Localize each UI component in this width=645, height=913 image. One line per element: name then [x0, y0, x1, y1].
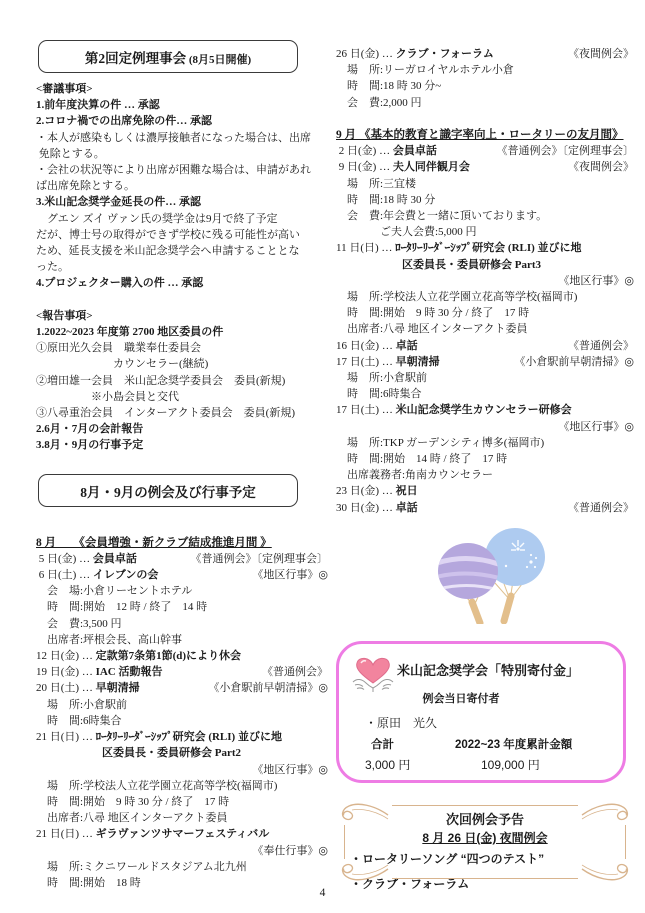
- text-line: 《地区行事》◎: [336, 419, 634, 435]
- text-line: だが、博士号の取得ができず学校に残る可能性が高い: [36, 227, 328, 243]
- text-line: 3.米山記念奨学金延長の件… 承認: [36, 194, 328, 210]
- text-line: 時 間:6時集合: [336, 386, 634, 402]
- event-line: 17 日(土) … 米山記念奨学生カウンセラー研修会: [336, 402, 634, 418]
- event-line: 9 日(金) … 夫人同伴観月会《夜間例会》: [336, 159, 634, 175]
- text-line: ②増田雄一会員 米山記念奨学委員会 委員(新規): [36, 373, 328, 389]
- event-title: 卓話: [396, 502, 418, 514]
- corner-flourish-icon: [338, 799, 390, 823]
- next-meeting-box: 次回例会予告 8 月 26 日(金) 夜間例会 ・ロータリーソング “四つのテス…: [336, 797, 634, 887]
- uchiwa-fans-illustration: [418, 522, 634, 627]
- minutes-lines: <審議事項>1.前年度決算の件 … 承認2.コロナ禍での出席免除の件… 承認・本…: [36, 81, 328, 454]
- text-line: 区委員長・委員研修会 Part3: [336, 257, 634, 273]
- text-line: ③八尋重治会員 インターアクト委員会 委員(新規): [36, 405, 328, 421]
- page-number: 4: [0, 887, 645, 899]
- event-tag: 《普通例会》: [262, 664, 328, 680]
- donation-ytd-value: 109,000 円: [481, 756, 540, 773]
- text-line: 免除とする。: [36, 146, 328, 162]
- event-title: ﾛｰﾀﾘｰﾘｰﾀﾞｰｼｯﾌﾟ研究会 (RLI) 並びに地: [395, 242, 581, 254]
- text-line: 時 間:18 時 30 分~: [336, 78, 634, 94]
- event-line: 20 日(土) … 早朝清掃《小倉駅前早朝清掃》◎: [36, 680, 328, 696]
- event-date: 21 日(日) …: [36, 731, 96, 743]
- text-line: 区委員長・委員研修会 Part2: [36, 745, 328, 761]
- text-line: [36, 292, 328, 308]
- event-date: 23 日(金) …: [336, 485, 396, 497]
- event-date: 16 日(金) …: [336, 340, 396, 352]
- event-main: 2 日(金) … 会員卓話: [336, 143, 437, 159]
- event-title: ﾛｰﾀﾘｰﾘｰﾀﾞｰｼｯﾌﾟ研究会 (RLI) 並びに地: [96, 731, 282, 743]
- event-line: 26 日(金) … クラブ・フォーラム《夜間例会》: [336, 46, 634, 62]
- uchiwa-fans-icon: [418, 522, 568, 624]
- corner-flourish-icon: [580, 861, 632, 885]
- text-line: 場 所:小倉駅前: [336, 370, 634, 386]
- event-line: 12 日(金) … 定款第7条第1節(d)により休会: [36, 648, 328, 664]
- frame-line: [392, 878, 578, 879]
- event-title: イレブンの会: [93, 569, 159, 581]
- event-date: 12 日(金) …: [36, 650, 96, 662]
- frame-line: [625, 825, 626, 859]
- board-meeting-title-box: 第2回定例理事会 (8月5日開催): [38, 40, 298, 73]
- text-line: 時 間:開始 9 時 30 分 / 終了 17 時: [36, 794, 328, 810]
- text-line: ため、延長支援を米山記念奨学会へ申請することとな: [36, 243, 328, 259]
- text-line: 時 間:18 時 30 分: [336, 192, 634, 208]
- event-tag: 《夜間例会》: [568, 159, 634, 175]
- text-line: 場 所:小倉駅前: [36, 697, 328, 713]
- text-line: 時 間:開始 14 時 / 終了 17 時: [336, 451, 634, 467]
- event-main: 30 日(金) … 卓話: [336, 500, 418, 516]
- event-title: 早朝清掃: [96, 682, 140, 694]
- text-line: 時 間:6時集合: [36, 713, 328, 729]
- event-line: 11 日(日) … ﾛｰﾀﾘｰﾘｰﾀﾞｰｼｯﾌﾟ研究会 (RLI) 並びに地: [336, 240, 634, 256]
- event-tag: 《普通例会》: [568, 338, 634, 354]
- text-line: 会 費:3,500 円: [36, 616, 328, 632]
- text-line: カウンセラー(継続): [36, 356, 328, 372]
- event-main: 20 日(土) … 早朝清掃: [36, 680, 140, 696]
- text-line: 《地区行事》◎: [336, 273, 634, 289]
- right-column: 26 日(金) … クラブ・フォーラム《夜間例会》 場 所:リーガロイヤルホテル…: [336, 46, 634, 887]
- newsletter-page: 第2回定例理事会 (8月5日開催) <審議事項>1.前年度決算の件 … 承認2.…: [0, 0, 645, 913]
- event-tag: 《普通例会》〔定例理事会〕: [497, 143, 635, 159]
- donation-subtitle: 例会当日寄付者: [339, 690, 583, 706]
- event-title: ギラヴァンツサマーフェスティバル: [96, 828, 270, 840]
- text-line: 会 費:2,000 円: [336, 95, 634, 111]
- event-tag: 《普通例会》: [568, 500, 634, 516]
- text-line: ①原田光久会員 職業奉仕委員会: [36, 340, 328, 356]
- event-tag: 《地区行事》◎: [252, 567, 328, 583]
- event-date: 20 日(土) …: [36, 682, 96, 694]
- text-line: 出席義務者:角南カウンセラー: [336, 467, 634, 483]
- event-date: 6 日(土) …: [36, 569, 93, 581]
- event-title: 夫人同伴観月会: [393, 161, 470, 173]
- event-tag: 《夜間例会》: [568, 46, 634, 62]
- event-main: 17 日(土) … 米山記念奨学生カウンセラー研修会: [336, 402, 572, 418]
- event-date: 21 日(日) …: [36, 828, 96, 840]
- text-line: グエン ズイ ヴァン氏の奨学金は9月で終了予定: [36, 211, 328, 227]
- event-line: 21 日(日) … ﾛｰﾀﾘｰﾘｰﾀﾞｰｼｯﾌﾟ研究会 (RLI) 並びに地: [36, 729, 328, 745]
- event-date: 5 日(金) …: [36, 553, 93, 565]
- donation-ytd-label: 2022~23 年度累計金額: [455, 736, 572, 752]
- september-schedule-lines: 26 日(金) … クラブ・フォーラム《夜間例会》 場 所:リーガロイヤルホテル…: [336, 46, 634, 516]
- donation-total-label: 合計: [371, 736, 394, 752]
- left-column: 第2回定例理事会 (8月5日開催) <審議事項>1.前年度決算の件 … 承認2.…: [36, 40, 328, 891]
- event-line: 21 日(日) … ギラヴァンツサマーフェスティバル: [36, 826, 328, 842]
- text-line: 場 所:TKP ガーデンシティ博多(福岡市): [336, 435, 634, 451]
- event-line: 17 日(土) … 早朝清掃《小倉駅前早朝清掃》◎: [336, 354, 634, 370]
- event-line: 6 日(土) … イレブンの会《地区行事》◎: [36, 567, 328, 583]
- text-line: 出席者:八尋 地区インターアクト委員: [336, 321, 634, 337]
- event-main: 11 日(日) … ﾛｰﾀﾘｰﾘｰﾀﾞｰｼｯﾌﾟ研究会 (RLI) 並びに地: [336, 240, 582, 256]
- donation-box: 米山記念奨学会「特別寄付金」 例会当日寄付者 ・原田 光久 合計 2022~23…: [336, 641, 626, 783]
- text-line: <審議事項>: [36, 81, 328, 97]
- text-line: 場 所:リーガロイヤルホテル小倉: [336, 62, 634, 78]
- frame-line: [392, 805, 578, 806]
- text-line: 場 所:学校法人立花学園立花高等学校(福岡市): [36, 778, 328, 794]
- event-line: 2 日(金) … 会員卓話《普通例会》〔定例理事会〕: [336, 143, 634, 159]
- text-line: 出席者:坪根会長、高山幹事: [36, 632, 328, 648]
- event-title: 卓話: [396, 340, 418, 352]
- event-main: 5 日(金) … 会員卓話: [36, 551, 137, 567]
- event-main: 21 日(日) … ギラヴァンツサマーフェスティバル: [36, 826, 269, 842]
- event-date: 2 日(金) …: [336, 145, 393, 157]
- text-line: 《地区行事》◎: [36, 762, 328, 778]
- text-line: 場 所:ミクニワールドスタジアム北九州: [36, 859, 328, 875]
- text-line: ・会社の状況等により出席が困難な場合は、申請があれ: [36, 162, 328, 178]
- text-line: 8 月 《会員増強・新クラブ結成推進月間 》: [36, 535, 328, 551]
- event-title: 会員卓話: [393, 145, 437, 157]
- donation-donor-name: ・原田 光久: [365, 714, 437, 731]
- event-date: 26 日(金) …: [336, 48, 396, 60]
- board-meeting-title-note: (8月5日開催): [186, 54, 251, 66]
- text-line: 場 所:学校法人立花学園立花高等学校(福岡市): [336, 289, 634, 305]
- text-line: 時 間:開始 12 時 / 終了 14 時: [36, 599, 328, 615]
- text-line: 出席者:八尋 地区インターアクト委員: [36, 810, 328, 826]
- text-line: 9 月 《基本的教育と識字率向上・ロータリーの友月間》: [336, 127, 634, 143]
- corner-flourish-icon: [338, 861, 390, 885]
- event-main: 12 日(金) … 定款第7条第1節(d)により休会: [36, 648, 241, 664]
- donation-total-value: 3,000 円: [365, 756, 410, 773]
- schedule-title: 8月・9月の例会及び行事予定: [80, 485, 256, 500]
- event-main: 9 日(金) … 夫人同伴観月会: [336, 159, 470, 175]
- text-line: 《奉仕行事》◎: [36, 843, 328, 859]
- event-date: 30 日(金) …: [336, 502, 396, 514]
- event-title: 定款第7条第1節(d)により休会: [96, 650, 241, 662]
- schedule-title-box: 8月・9月の例会及び行事予定: [38, 474, 298, 507]
- event-tag: 《小倉駅前早朝清掃》◎: [514, 354, 634, 370]
- event-title: クラブ・フォーラム: [396, 48, 494, 60]
- august-schedule-lines: 8 月 《会員増強・新クラブ結成推進月間 》 5 日(金) … 会員卓話《普通例…: [36, 535, 328, 891]
- text-line: 2.6月・7月の会計報告: [36, 421, 328, 437]
- text-line: 4.プロジェクター購入の件 … 承認: [36, 275, 328, 291]
- event-title: 祝日: [396, 485, 418, 497]
- event-line: 23 日(金) … 祝日: [336, 483, 634, 499]
- event-date: 19 日(金) …: [36, 666, 96, 678]
- text-line: ば出席免除とする。: [36, 178, 328, 194]
- event-title: 早朝清掃: [396, 356, 440, 368]
- event-main: 23 日(金) … 祝日: [336, 483, 418, 499]
- text-line: 時 間:開始 9 時 30 分 / 終了 17 時: [336, 305, 634, 321]
- event-main: 17 日(土) … 早朝清掃: [336, 354, 440, 370]
- event-line: 30 日(金) … 卓話《普通例会》: [336, 500, 634, 516]
- event-date: 11 日(日) …: [336, 242, 395, 254]
- event-line: 19 日(金) … IAC 活動報告《普通例会》: [36, 664, 328, 680]
- text-line: ・本人が感染もしくは濃厚接触者になった場合は、出席: [36, 130, 328, 146]
- event-date: 17 日(土) …: [336, 404, 396, 416]
- next-meeting-date: 8 月 26 日(金) 夜間例会: [336, 829, 634, 846]
- donation-title: 米山記念奨学会「特別寄付金」: [397, 660, 579, 679]
- text-line: 場 所:三宜楼: [336, 176, 634, 192]
- text-line: 1.2022~2023 年度第 2700 地区委員の件: [36, 324, 328, 340]
- event-tag: 《小倉駅前早朝清掃》◎: [208, 680, 328, 696]
- board-meeting-title: 第2回定例理事会: [85, 51, 186, 66]
- text-line: 2.コロナ禍での出席免除の件… 承認: [36, 113, 328, 129]
- text-line: 会 費:年会費と一緒に頂いております。: [336, 208, 634, 224]
- text-line: った。: [36, 259, 328, 275]
- text-line: [336, 111, 634, 127]
- event-main: 19 日(金) … IAC 活動報告: [36, 664, 163, 680]
- event-title: 米山記念奨学生カウンセラー研修会: [396, 404, 572, 416]
- event-date: 9 日(金) …: [336, 161, 393, 173]
- event-line: 16 日(金) … 卓話《普通例会》: [336, 338, 634, 354]
- event-title: 会員卓話: [93, 553, 137, 565]
- event-date: 17 日(土) …: [336, 356, 396, 368]
- event-title: IAC 活動報告: [96, 666, 163, 678]
- text-line: 会 場:小倉リーセントホテル: [36, 583, 328, 599]
- event-main: 6 日(土) … イレブンの会: [36, 567, 158, 583]
- text-line: ※小島会員と交代: [36, 389, 328, 405]
- frame-line: [344, 825, 345, 859]
- text-line: 3.8月・9月の行事予定: [36, 437, 328, 453]
- text-line: ご夫人会費:5,000 円: [336, 224, 634, 240]
- text-line: 1.前年度決算の件 … 承認: [36, 97, 328, 113]
- event-main: 26 日(金) … クラブ・フォーラム: [336, 46, 494, 62]
- event-main: 21 日(日) … ﾛｰﾀﾘｰﾘｰﾀﾞｰｼｯﾌﾟ研究会 (RLI) 並びに地: [36, 729, 282, 745]
- text-line: <報告事項>: [36, 308, 328, 324]
- event-main: 16 日(金) … 卓話: [336, 338, 418, 354]
- event-line: 5 日(金) … 会員卓話《普通例会》〔定例理事会〕: [36, 551, 328, 567]
- corner-flourish-icon: [580, 799, 632, 823]
- event-tag: 《普通例会》〔定例理事会〕: [191, 551, 329, 567]
